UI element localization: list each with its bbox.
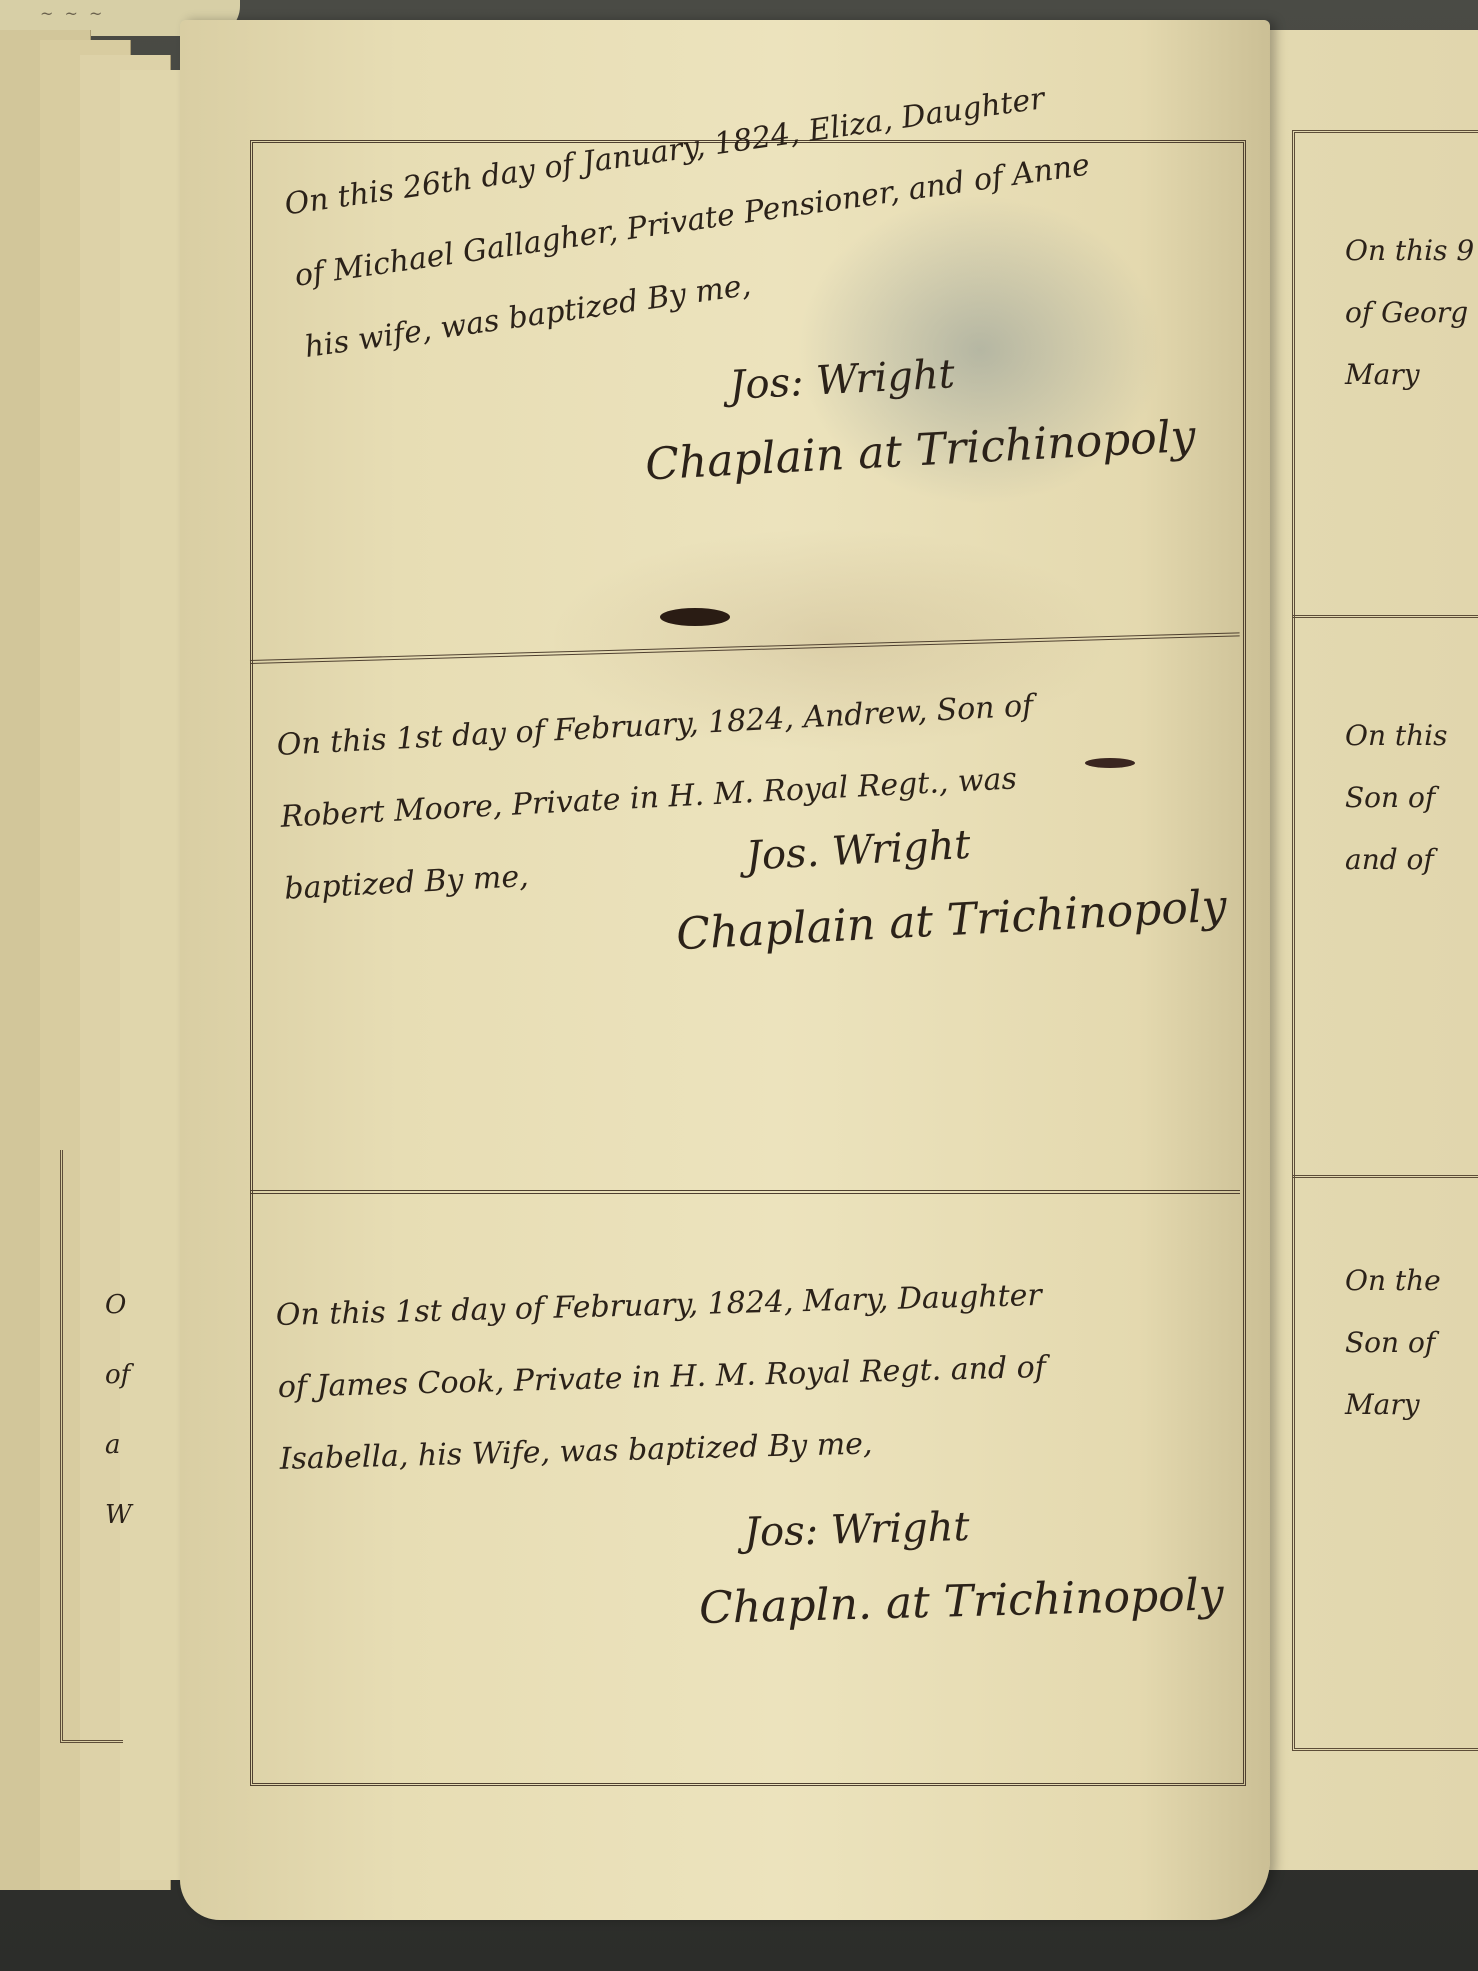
register-page: On this 26th day of January, 1824, Eliza… [180, 20, 1270, 1920]
right-entry-2: On this Son of and of [1345, 705, 1448, 891]
fragment-line: On this 9 [1345, 220, 1474, 282]
fragment-line: and of [1345, 829, 1448, 891]
fragment-line: O [105, 1270, 132, 1340]
fragment-line: Son of [1345, 767, 1448, 829]
fragment-line: W [105, 1480, 132, 1550]
fragment-line: On this [1345, 705, 1448, 767]
fragment-line: Mary [1345, 344, 1474, 406]
fragment-line: Mary [1345, 1374, 1441, 1436]
baptism-entry: On this 1st day of February, 1824, Andre… [275, 660, 1239, 995]
baptism-entry: On this 1st day of February, 1824, Mary,… [275, 1255, 1235, 1660]
entry-divider [250, 1190, 1240, 1194]
fragment-line: of Georg [1345, 282, 1474, 344]
right-entry-3: On the Son of Mary [1345, 1250, 1441, 1436]
fragment-line: On the [1345, 1250, 1441, 1312]
right-entry-divider [1292, 1175, 1478, 1178]
fragment-line: of [105, 1340, 132, 1410]
fragment-line: a [105, 1410, 132, 1480]
fragment-line: Son of [1345, 1312, 1441, 1374]
right-entry-divider [1292, 615, 1478, 618]
right-entry-1: On this 9 of Georg Mary [1345, 220, 1474, 406]
ink-blot [1085, 758, 1135, 768]
ink-blot [660, 608, 730, 626]
left-page-fragment: O of a W [105, 1270, 132, 1550]
scrap-text: ~ ~ ~ [40, 4, 105, 23]
